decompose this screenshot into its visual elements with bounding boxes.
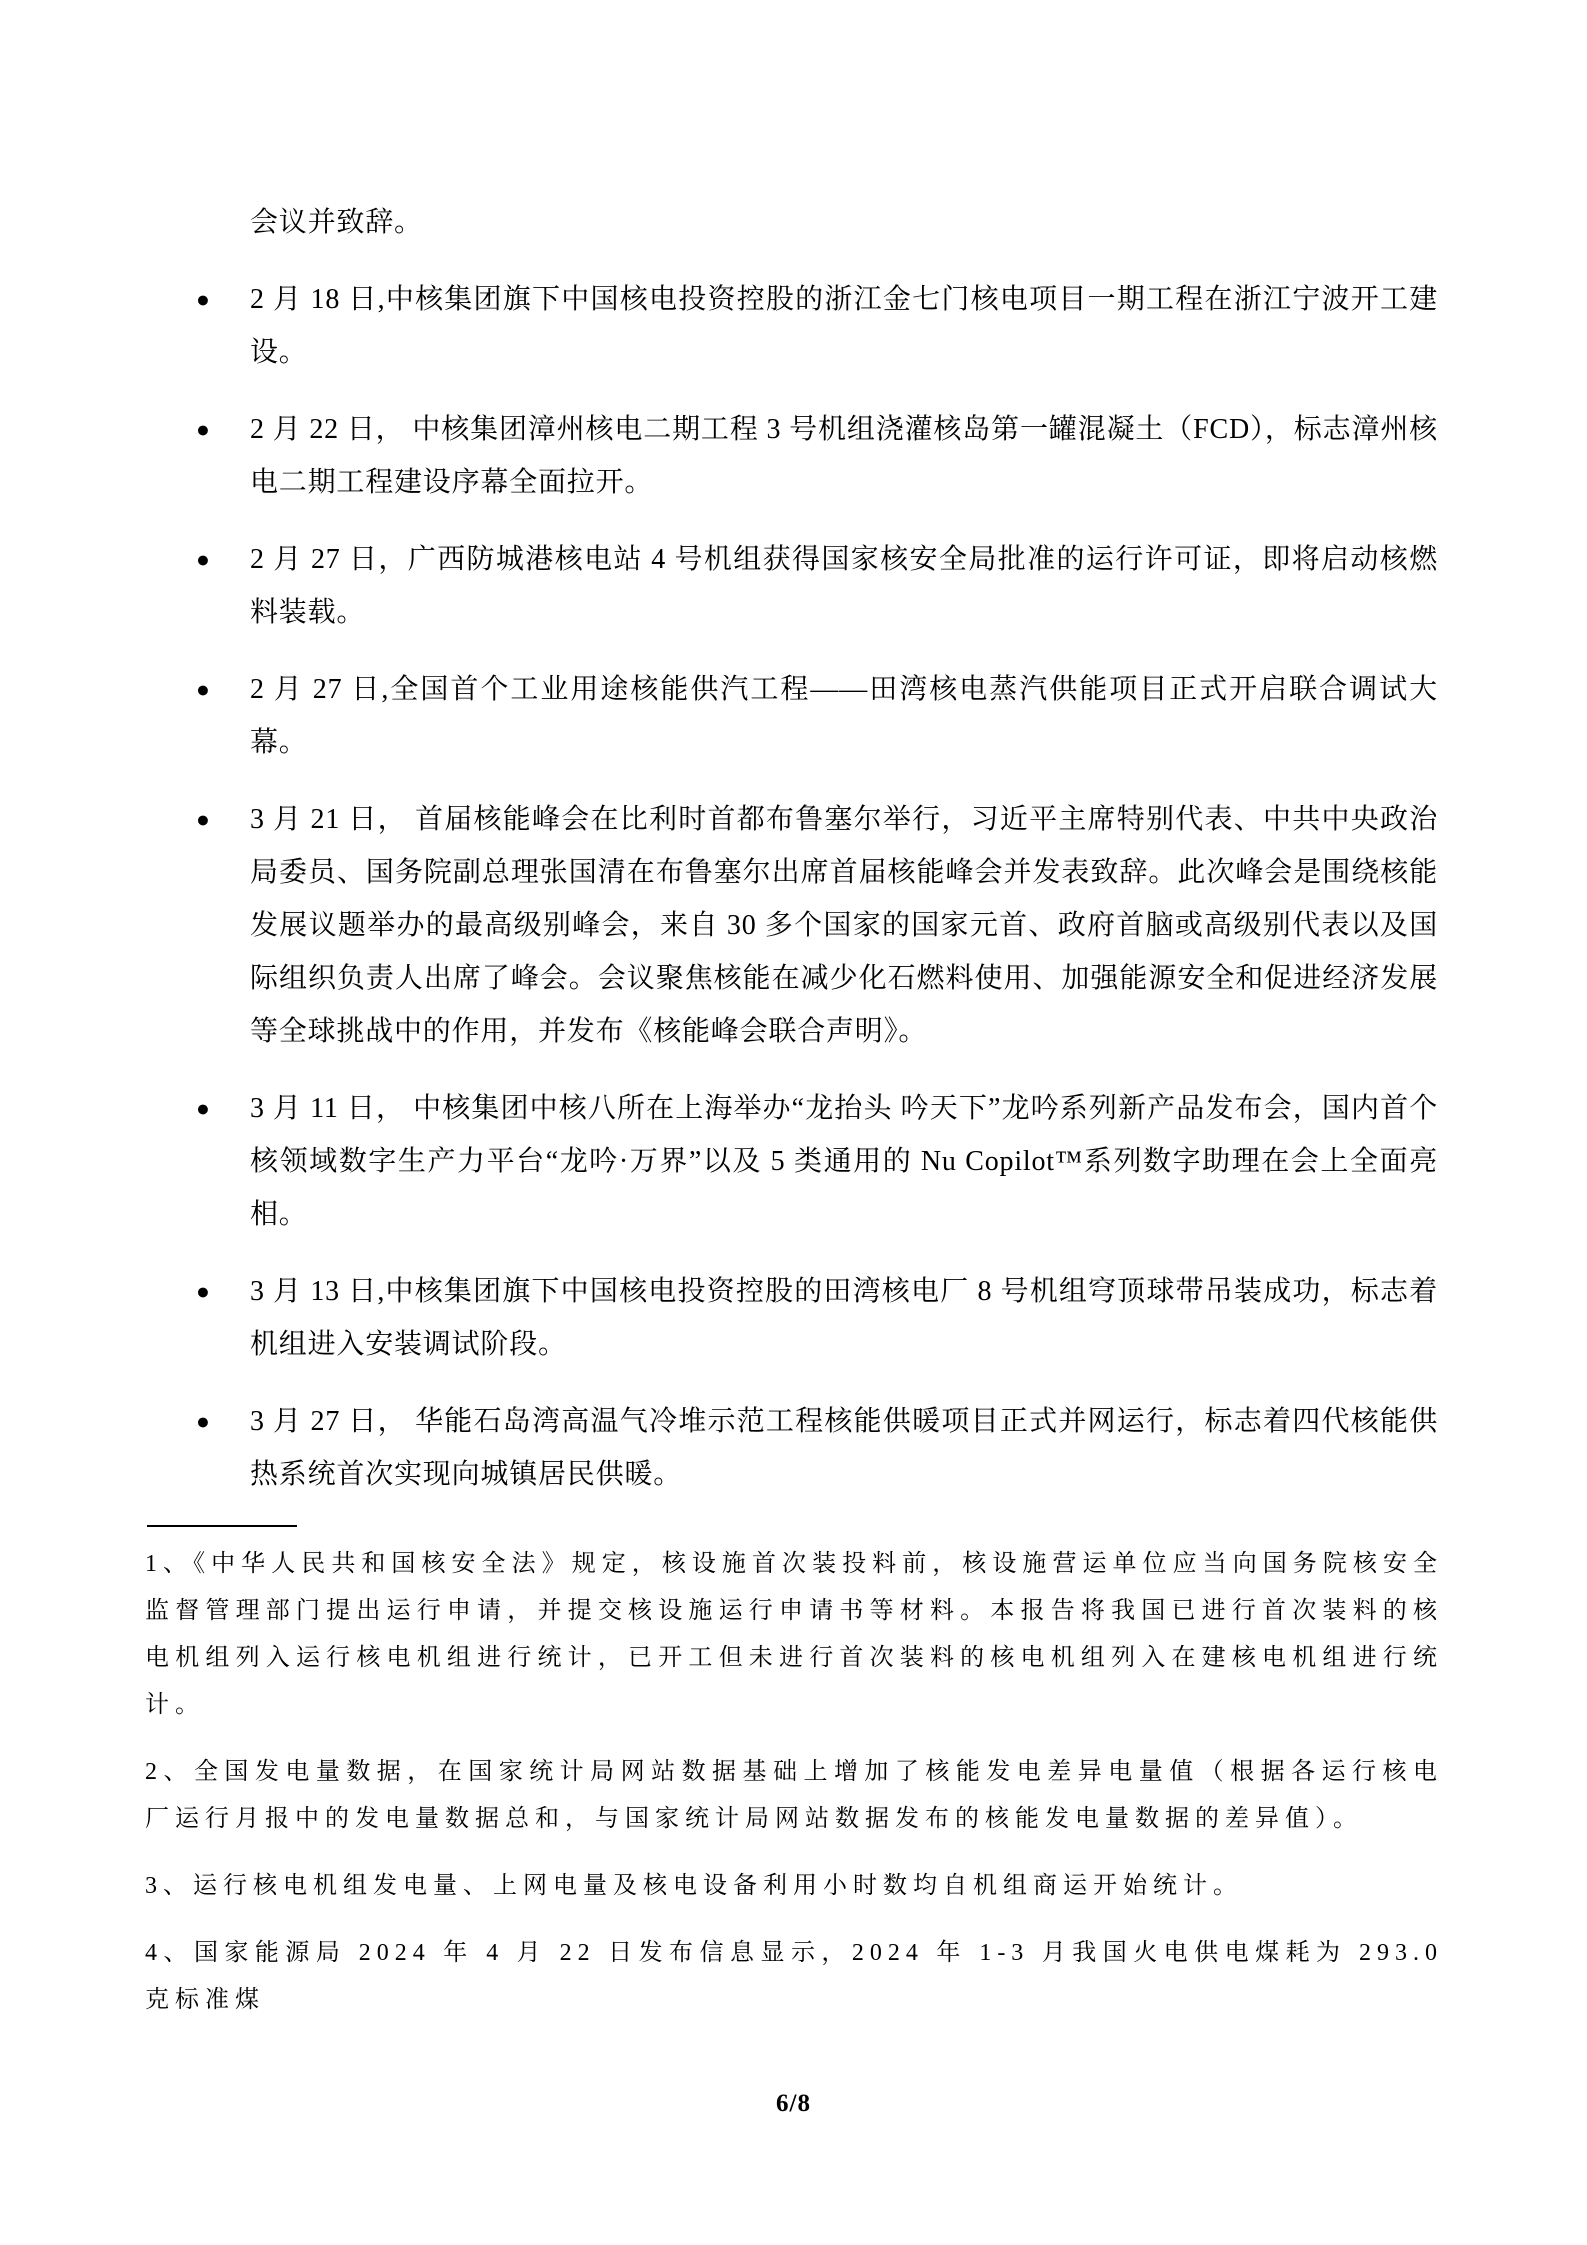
list-item: ● 3 月 13 日,中核集团旗下中国核电投资控股的田湾核电厂 8 号机组穹顶球… (250, 1265, 1438, 1371)
footnote: 2、全国发电量数据，在国家统计局网站数据基础上增加了核能发电差异电量值（根据各运… (145, 1749, 1443, 1843)
list-item: ● 2 月 22 日， 中核集团漳州核电二期工程 3 号机组浇灌核岛第一罐混凝土… (250, 403, 1438, 509)
list-item-text: 2 月 27 日,全国首个工业用途核能供汽工程——田湾核电蒸汽供能项目正式开启联… (250, 674, 1438, 758)
footnote: 4、国家能源局 2024 年 4 月 22 日发布信息显示，2024 年 1-3… (145, 1930, 1443, 2024)
event-list: ● 2 月 18 日,中核集团旗下中国核电投资控股的浙江金七门核电项目一期工程在… (250, 273, 1438, 1501)
footnote: 1、《中华人民共和国核安全法》规定，核设施首次装投料前，核设施营运单位应当向国务… (145, 1541, 1443, 1729)
bullet-icon: ● (196, 533, 216, 586)
bullet-icon: ● (196, 403, 216, 456)
list-item-text: 3 月 11 日， 中核集团中核八所在上海举办“龙抬头 吟天下”龙吟系列新产品发… (250, 1093, 1438, 1230)
paragraph-continuation: 会议并致辞。 (250, 196, 1438, 249)
list-item-text: 2 月 27 日，广西防城港核电站 4 号机组获得国家核安全局批准的运行许可证，… (250, 544, 1438, 628)
list-item-text: 3 月 21 日， 首届核能峰会在比利时首都布鲁塞尔举行，习近平主席特别代表、中… (250, 804, 1438, 1047)
list-item-text: 2 月 22 日， 中核集团漳州核电二期工程 3 号机组浇灌核岛第一罐混凝土（F… (250, 414, 1438, 498)
bullet-icon: ● (196, 273, 216, 326)
footnotes: 1、《中华人民共和国核安全法》规定，核设施首次装投料前，核设施营运单位应当向国务… (145, 1541, 1443, 2024)
page-number: 6/8 (0, 2090, 1587, 2118)
list-item-text: 3 月 27 日， 华能石岛湾高温气冷堆示范工程核能供暖项目正式并网运行，标志着… (250, 1406, 1438, 1490)
list-item: ● 3 月 27 日， 华能石岛湾高温气冷堆示范工程核能供暖项目正式并网运行，标… (250, 1395, 1438, 1501)
list-item: ● 2 月 27 日,全国首个工业用途核能供汽工程——田湾核电蒸汽供能项目正式开… (250, 663, 1438, 769)
bullet-icon: ● (196, 1395, 216, 1448)
document-page: 会议并致辞。 ● 2 月 18 日,中核集团旗下中国核电投资控股的浙江金七门核电… (0, 0, 1587, 2245)
bullet-icon: ● (196, 1265, 216, 1318)
list-item: ● 2 月 27 日，广西防城港核电站 4 号机组获得国家核安全局批准的运行许可… (250, 533, 1438, 639)
bullet-icon: ● (196, 1082, 216, 1135)
bullet-icon: ● (196, 663, 216, 716)
list-item: ● 3 月 11 日， 中核集团中核八所在上海举办“龙抬头 吟天下”龙吟系列新产… (250, 1082, 1438, 1241)
footnote: 3、运行核电机组发电量、上网电量及核电设备利用小时数均自机组商运开始统计。 (145, 1863, 1443, 1910)
list-item-text: 2 月 18 日,中核集团旗下中国核电投资控股的浙江金七门核电项目一期工程在浙江… (250, 284, 1438, 368)
footnote-separator (147, 1525, 297, 1527)
list-item: ● 3 月 21 日， 首届核能峰会在比利时首都布鲁塞尔举行，习近平主席特别代表… (250, 793, 1438, 1058)
list-item-text: 3 月 13 日,中核集团旗下中国核电投资控股的田湾核电厂 8 号机组穹顶球带吊… (250, 1276, 1438, 1360)
list-item: ● 2 月 18 日,中核集团旗下中国核电投资控股的浙江金七门核电项目一期工程在… (250, 273, 1438, 379)
bullet-icon: ● (196, 793, 216, 846)
